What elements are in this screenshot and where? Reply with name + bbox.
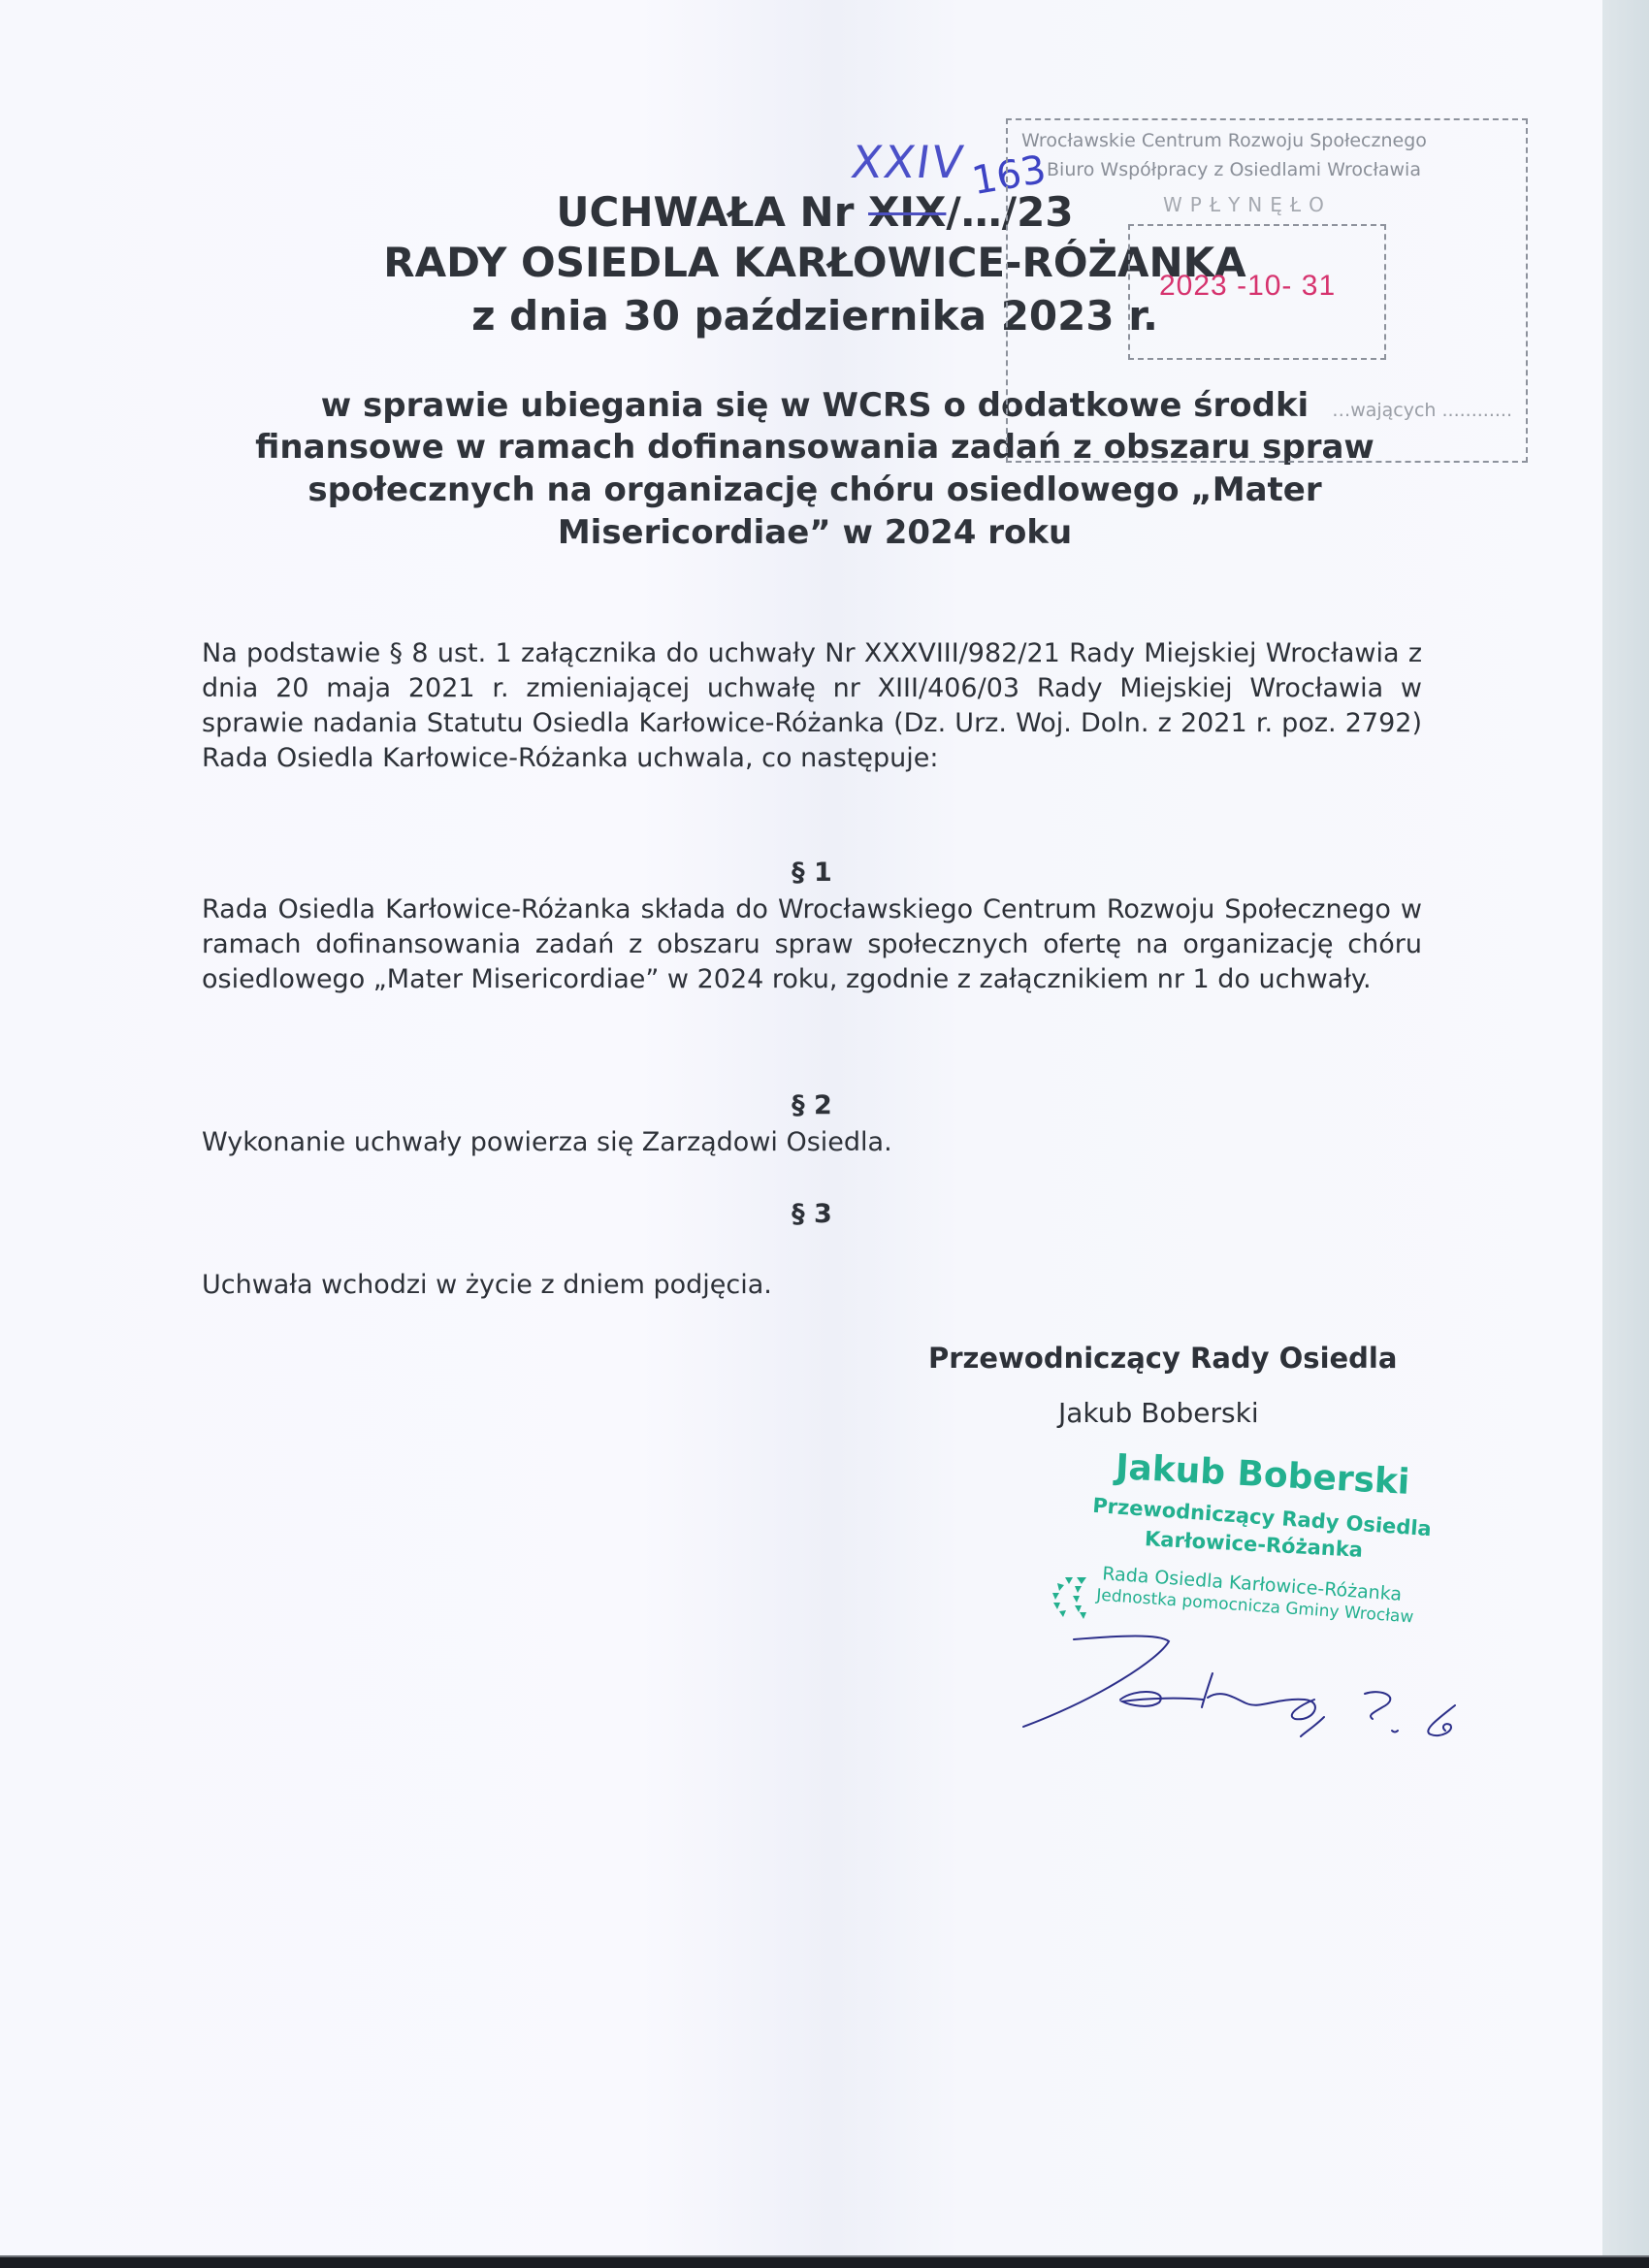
handwritten-signature bbox=[1014, 1630, 1499, 1760]
paragraph-2-heading: § 2 bbox=[0, 1090, 1624, 1120]
preamble: Na podstawie § 8 ust. 1 załącznika do uc… bbox=[202, 636, 1422, 776]
chairman-stamp: Jakub Boberski Przewodniczący Rady Osied… bbox=[1038, 1455, 1455, 1659]
paragraph-3-heading: § 3 bbox=[0, 1199, 1624, 1229]
stamp-date: 2023 -10- 31 bbox=[1159, 270, 1336, 303]
council-logo-icon bbox=[1048, 1573, 1096, 1629]
stamp-org: Wrocławskie Centrum Rozwoju Społecznego bbox=[1021, 130, 1427, 151]
paragraph-2-text: Wykonanie uchwały powierza się Zarządowi… bbox=[202, 1125, 1422, 1160]
handwritten-number: XXIV bbox=[848, 136, 968, 188]
stamp-attachments-line: …wających ............ bbox=[1332, 400, 1512, 421]
received-stamp: Wrocławskie Centrum Rozwoju Społecznego … bbox=[1006, 118, 1528, 463]
struck-number: XIX bbox=[868, 188, 946, 236]
signature-name: Jakub Boberski bbox=[1058, 1397, 1259, 1429]
signature-title: Przewodniczący Rady Osiedla bbox=[928, 1342, 1397, 1375]
paragraph-1-text: Rada Osiedla Karłowice-Różanka składa do… bbox=[202, 892, 1422, 997]
subject-line-4: Misericordiae” w 2024 roku bbox=[0, 509, 1630, 556]
paragraph-1-heading: § 1 bbox=[0, 858, 1624, 888]
paragraph-3-text: Uchwała wchodzi w życie z dniem podjęcia… bbox=[202, 1268, 1422, 1303]
chairman-stamp-name: Jakub Boberski bbox=[1115, 1447, 1410, 1503]
stamp-office: Biuro Współpracy z Osiedlami Wrocławia bbox=[1047, 159, 1421, 180]
subject-line-3: społecznych na organizację chóru osiedlo… bbox=[0, 467, 1630, 513]
stamp-received-label: WPŁYNĘŁO bbox=[1163, 193, 1332, 216]
stamp-date-box: 2023 -10- 31 bbox=[1128, 224, 1386, 360]
scan-edge-bottom bbox=[0, 2255, 1649, 2268]
